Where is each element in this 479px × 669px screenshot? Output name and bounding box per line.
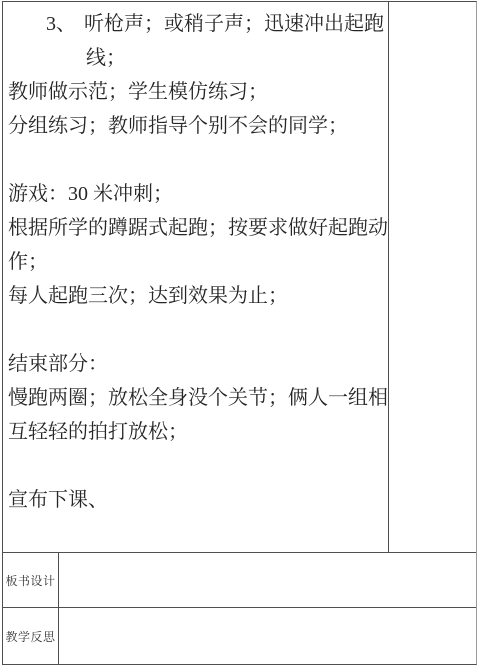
list-number: 3、: [46, 7, 84, 41]
teaching-reflection-row: 教学反思: [3, 607, 476, 664]
side-column-cell: [389, 2, 476, 552]
board-design-row: 板书设计: [3, 552, 476, 607]
blank-line: [8, 313, 388, 347]
line-text: 听枪声；或稍子声；迅速冲出起跑: [84, 13, 384, 35]
text-line-2: 线；: [8, 41, 388, 75]
text-line-7: 根据所学的蹲踞式起跑；按要求做好起跑动: [8, 211, 388, 245]
text-line-1: 3、听枪声；或稍子声；迅速冲出起跑: [8, 7, 388, 41]
board-design-label: 板书设计: [3, 553, 59, 607]
main-row: 3、听枪声；或稍子声；迅速冲出起跑 线； 教师做示范；学生模仿练习； 分组练习；…: [3, 2, 476, 552]
blank-line: [8, 143, 388, 177]
blank-line: [8, 449, 388, 483]
main-content-cell: 3、听枪声；或稍子声；迅速冲出起跑 线； 教师做示范；学生模仿练习； 分组练习；…: [3, 2, 389, 552]
text-line-3: 教师做示范；学生模仿练习；: [8, 75, 388, 109]
text-line-12: 慢跑两圈；放松全身没个关节；俩人一组相: [8, 381, 388, 415]
text-line-9: 每人起跑三次；达到效果为止；: [8, 279, 388, 313]
text-line-4: 分组练习；教师指导个别不会的同学；: [8, 109, 388, 143]
teaching-reflection-content: [59, 608, 476, 664]
text-line-8: 作；: [8, 245, 388, 279]
lesson-plan-table: 3、听枪声；或稍子声；迅速冲出起跑 线； 教师做示范；学生模仿练习； 分组练习；…: [2, 1, 477, 665]
text-line-11: 结束部分：: [8, 347, 388, 381]
text-line-15: 宣布下课、: [8, 483, 388, 517]
text-line-6: 游戏：30 米冲刺；: [8, 177, 388, 211]
teaching-reflection-label: 教学反思: [3, 608, 59, 664]
text-line-13: 互轻轻的拍打放松；: [8, 415, 388, 449]
board-design-content: [59, 553, 476, 607]
